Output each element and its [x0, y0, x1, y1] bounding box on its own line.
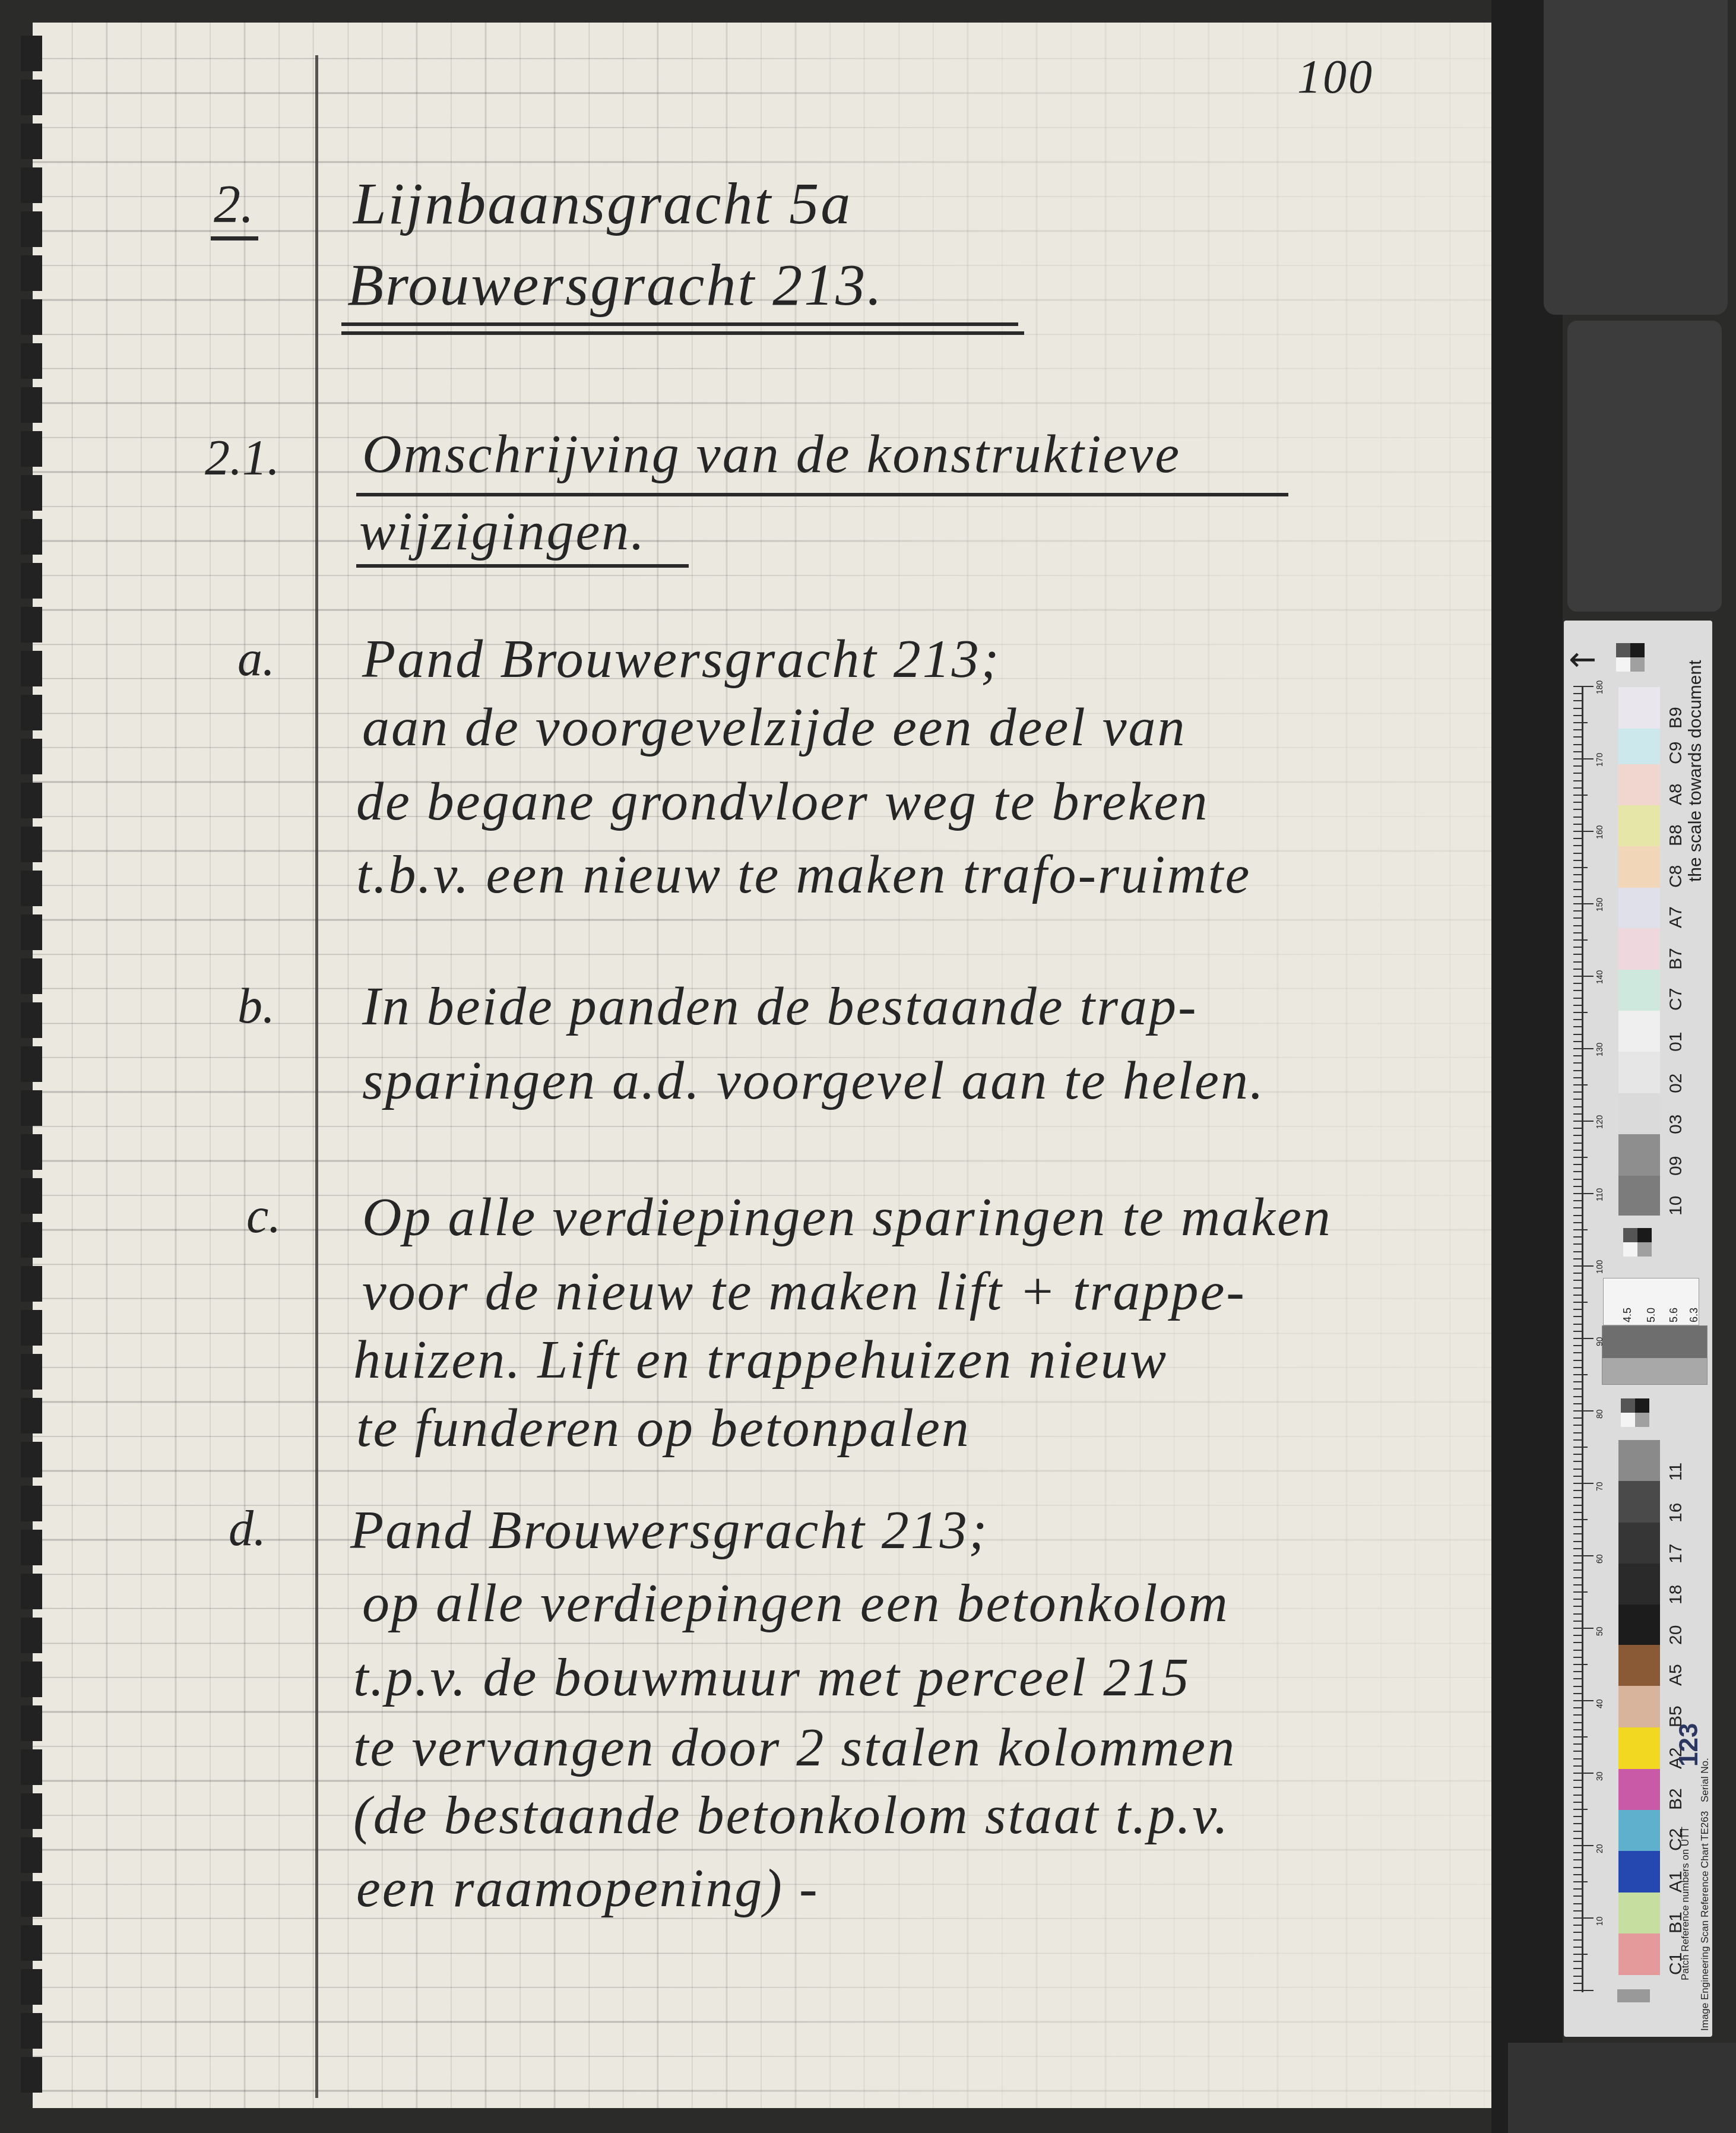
gray-square [1621, 1398, 1635, 1413]
ruler-tick [1573, 1432, 1582, 1433]
subheading-underline [356, 493, 1288, 496]
ruler-tick [1573, 998, 1582, 999]
ruler-tick [1573, 708, 1582, 709]
ruler-tick [1573, 1135, 1582, 1136]
ruler-tick [1573, 1461, 1582, 1462]
ruler-tick [1573, 1562, 1582, 1564]
subheading-line-2: wijzigingen. [359, 504, 646, 558]
patch-reference-note: Patch Reference numbers on UTT [1680, 1827, 1691, 1980]
ruler-tick [1573, 874, 1582, 875]
binding-hole [21, 519, 42, 555]
ruler-tick [1573, 1736, 1588, 1738]
item-c-line: huizen. Lift en trappehuizen nieuw [353, 1332, 1168, 1387]
ruler-tick [1573, 1838, 1582, 1839]
ruler-tick [1573, 809, 1582, 810]
gray-square [1616, 657, 1630, 672]
ruler-tick [1573, 1215, 1582, 1216]
patch-label: 11 [1666, 1457, 1686, 1481]
ruler-label: 10 [1595, 1916, 1604, 1926]
ruler-tick [1573, 1859, 1582, 1860]
ruler-tick [1573, 1939, 1582, 1941]
binding-hole [21, 1793, 42, 1829]
ruler-label: 20 [1595, 1844, 1604, 1853]
chart-maker: Image Engineering Scan Reference Chart T… [1699, 1811, 1711, 2031]
ruler-tick [1573, 1417, 1582, 1419]
ruler-tick [1573, 1591, 1588, 1593]
ruler-tick [1573, 1903, 1582, 1904]
binding-hole [21, 783, 42, 818]
color-patch-01 [1618, 1011, 1660, 1052]
patch-label: A8 [1666, 781, 1686, 805]
item-d-line: t.p.v. de bouwmuur met perceel 215 [353, 1650, 1190, 1704]
ruler-tick [1573, 1650, 1582, 1651]
binding-hole [21, 80, 42, 115]
color-patch-C2 [1618, 1810, 1660, 1851]
ruler-tick [1573, 903, 1594, 904]
ruler-tick [1573, 1273, 1582, 1274]
ruler-tick [1573, 1186, 1582, 1187]
patch-label: B9 [1666, 705, 1686, 729]
ruler-tick [1573, 1150, 1582, 1151]
ruler-tick [1573, 1005, 1582, 1006]
ruler-tick [1573, 1243, 1582, 1245]
heading-line-2: Brouwersgracht 213. [347, 255, 883, 315]
ruler-tick [1573, 700, 1582, 701]
item-d-line: te vervangen door 2 stalen kolommen [353, 1720, 1236, 1774]
ruler-tick [1573, 1331, 1582, 1332]
ruler-tick [1573, 1012, 1588, 1013]
ruler-tick [1573, 802, 1582, 803]
ruler-label: 170 [1595, 753, 1604, 767]
ruler-tick [1573, 954, 1582, 955]
resolution-target: 4.5 5.0 5.6 6.3 [1603, 1278, 1699, 1325]
ruler-label: 150 [1595, 898, 1604, 912]
ruler-tick [1573, 758, 1594, 759]
ruler-tick [1573, 1425, 1582, 1426]
binding-hole [21, 914, 42, 950]
subheading-line-1: Omschrijving van de konstruktieve [362, 426, 1181, 481]
ruler-tick [1573, 1932, 1582, 1933]
ruler-tick [1573, 1628, 1594, 1629]
patch-label: C9 [1666, 740, 1686, 764]
gray-square [1635, 1413, 1649, 1427]
binding-hole [21, 1046, 42, 1082]
binding-hole [21, 1662, 42, 1697]
ruler-tick [1573, 983, 1582, 984]
ruler-tick [1573, 1439, 1582, 1441]
ruler-tick [1573, 780, 1582, 781]
ruler-tick [1573, 1454, 1582, 1455]
ruler-tick [1573, 1722, 1582, 1723]
binding-hole [21, 739, 42, 774]
heading-number: 2. [214, 178, 254, 232]
ruler-tick [1573, 889, 1582, 890]
ruler-tick [1573, 722, 1588, 723]
patch-label: 09 [1666, 1152, 1686, 1176]
patch-label: C8 [1666, 864, 1686, 888]
gray-square [1637, 1242, 1652, 1257]
ruler-tick [1573, 932, 1582, 933]
ruler-tick [1573, 1055, 1582, 1056]
color-patch-A2 [1618, 1727, 1660, 1769]
ruler-tick [1573, 1823, 1582, 1824]
heading-underline [341, 331, 1024, 335]
ruler-label: 60 [1595, 1554, 1604, 1564]
binding-hole [21, 2013, 42, 2049]
ruler-tick [1573, 1490, 1582, 1491]
patch-label: B2 [1666, 1786, 1686, 1810]
binding-hole [21, 1486, 42, 1521]
item-label-c: c. [246, 1191, 281, 1241]
ruler-tick [1573, 773, 1582, 774]
ruler-tick [1573, 1207, 1582, 1208]
ruler-tick [1573, 1106, 1582, 1107]
ruler-tick [1573, 1019, 1582, 1020]
binding-hole [21, 1530, 42, 1565]
ruler-tick [1573, 867, 1588, 868]
ruler-tick [1573, 1280, 1582, 1281]
chart-instruction: the scale towards document [1686, 660, 1706, 882]
ruler-label: 40 [1595, 1699, 1604, 1708]
ruler-label: 120 [1595, 1115, 1604, 1129]
gray-square [1616, 643, 1630, 657]
ruler-tick [1573, 1664, 1588, 1665]
ruler-tick [1573, 853, 1582, 854]
ruler-tick [1573, 1070, 1582, 1071]
ruler-tick [1573, 1287, 1582, 1289]
binder-strip [1491, 0, 1563, 2133]
ruler-tick [1573, 1976, 1582, 1977]
ruler-tick [1573, 961, 1582, 963]
ruler-tick [1573, 845, 1582, 846]
gray-block [1617, 1989, 1650, 2002]
binding-hole [21, 387, 42, 423]
arrow-left-icon: ← [1569, 643, 1596, 676]
patch-label: 02 [1666, 1069, 1686, 1093]
page-number: 100 [1297, 53, 1374, 101]
color-patch-B8 [1618, 805, 1660, 846]
item-a-line: t.b.v. een nieuw te maken trafo-ruimte [356, 847, 1251, 901]
ruler-tick [1573, 1403, 1582, 1404]
ruler-tick [1573, 1947, 1582, 1948]
ruler-tick [1573, 1143, 1582, 1144]
ruler-tick [1573, 1048, 1594, 1049]
ruler-tick [1573, 1388, 1582, 1390]
ruler-tick [1573, 910, 1582, 912]
ruler-tick [1573, 1881, 1588, 1882]
gray-wedge [1602, 1325, 1708, 1385]
ruler-tick [1573, 729, 1582, 730]
resolution-label: 6.3 [1688, 1308, 1700, 1322]
ruler-tick [1573, 1569, 1582, 1571]
heading-underline [341, 322, 1018, 326]
patch-label: 16 [1666, 1499, 1686, 1523]
ruler-tick [1573, 1258, 1582, 1259]
patch-label: 10 [1666, 1192, 1686, 1216]
ruler-tick [1573, 744, 1582, 745]
ruler-tick [1573, 751, 1582, 752]
ruler-tick [1573, 917, 1582, 919]
binding-hole [21, 2057, 42, 2093]
binding-hole [21, 1178, 42, 1214]
binding-hole [21, 1134, 42, 1170]
binding-hole [21, 431, 42, 467]
binding-hole [21, 1222, 42, 1258]
binding-hole [21, 211, 42, 247]
ruler-tick [1573, 1606, 1582, 1607]
ruler-tick [1573, 1091, 1582, 1093]
ruler-tick [1573, 1200, 1582, 1201]
ruler-tick [1573, 1121, 1594, 1122]
ruler-tick [1573, 1555, 1594, 1556]
gray-square [1623, 1228, 1637, 1242]
ruler-tick [1573, 1476, 1582, 1477]
handwritten-page: 100 2. Lijnbaansgracht 5a Brouwersgracht… [33, 23, 1491, 2108]
color-patch-C8 [1618, 846, 1660, 888]
item-d-line: Pand Brouwersgracht 213; [350, 1502, 989, 1557]
ruler-tick [1573, 1251, 1582, 1252]
heading-number-underline [211, 236, 258, 240]
color-patch-A5 [1618, 1645, 1660, 1686]
ruler-tick [1573, 1780, 1582, 1781]
item-a-line: de begane grondvloer weg te breken [356, 774, 1209, 828]
ruler-tick [1573, 1026, 1582, 1027]
binding-hole [21, 1354, 42, 1390]
ruler-tick [1573, 1179, 1582, 1180]
binding-hole [21, 1705, 42, 1741]
ruler-tick [1573, 1302, 1588, 1303]
ruler-tick [1573, 1671, 1582, 1672]
ruler-tick [1573, 1845, 1594, 1846]
ruler-tick [1573, 1338, 1594, 1339]
ruler-tick [1573, 1193, 1594, 1194]
gray-square [1630, 657, 1645, 672]
ruler-tick [1573, 1309, 1582, 1310]
binding-hole [21, 1837, 42, 1873]
binding-hole [21, 1398, 42, 1433]
ruler-label: 80 [1595, 1409, 1604, 1419]
ruler-tick [1573, 736, 1582, 738]
scan-reference-chart: ← the scale towards document 4.5 5.0 5.6… [1564, 621, 1712, 2037]
patch-label: 20 [1666, 1621, 1686, 1645]
ruler-tick [1573, 1700, 1594, 1701]
ruler-tick [1573, 1802, 1582, 1803]
binding-hole [21, 1090, 42, 1126]
ruler-tick [1573, 1367, 1582, 1368]
color-patch-11 [1618, 1440, 1660, 1481]
ruler-tick [1573, 1295, 1582, 1296]
ruler-tick [1573, 795, 1588, 796]
color-patch-C9 [1618, 729, 1660, 764]
ruler-tick [1573, 1099, 1582, 1100]
ruler-tick [1573, 1171, 1582, 1172]
heading-line-1: Lijnbaansgracht 5a [353, 174, 852, 233]
gray-square [1621, 1413, 1635, 1427]
color-patch-B9 [1618, 687, 1660, 729]
binding-hole [21, 255, 42, 291]
ruler-tick [1573, 1852, 1582, 1853]
item-b-line: sparingen a.d. voorgevel aan te helen. [362, 1053, 1265, 1107]
binder-panel [1567, 321, 1722, 612]
ruler-tick [1573, 1113, 1582, 1115]
ruler-label: 50 [1595, 1626, 1604, 1636]
ruler-tick [1573, 1751, 1582, 1752]
patch-label: B7 [1666, 946, 1686, 970]
ruler-tick [1573, 831, 1594, 832]
ruler-tick [1573, 1526, 1582, 1527]
ruler-tick [1573, 824, 1582, 825]
binding-hole [21, 299, 42, 335]
ruler-tick [1573, 1874, 1582, 1875]
ruler-label: 30 [1595, 1771, 1604, 1781]
ruler-tick [1573, 1613, 1582, 1615]
item-d-line: (de bestaande betonkolom staat t.p.v. [353, 1787, 1230, 1842]
ruler-tick [1573, 1831, 1582, 1832]
ruler-tick [1573, 1925, 1582, 1926]
ruler-tick [1573, 1758, 1582, 1759]
ruler-label: 140 [1595, 970, 1604, 984]
patch-label: A5 [1666, 1662, 1686, 1686]
patch-label: 18 [1666, 1581, 1686, 1605]
color-patch-B7 [1618, 928, 1660, 970]
item-b-line: In beide panden de bestaande trap- [362, 979, 1198, 1033]
item-label-d: d. [229, 1504, 266, 1554]
color-patch-B2 [1618, 1769, 1660, 1810]
binding-hole [21, 1574, 42, 1609]
binding-hole [21, 958, 42, 994]
margin-line [315, 55, 318, 2098]
color-patch-03 [1618, 1093, 1660, 1134]
ruler-tick [1573, 1888, 1582, 1890]
binding-hole [21, 651, 42, 686]
ruler-tick [1573, 1729, 1582, 1730]
ruler-tick [1573, 1693, 1582, 1694]
ruler-tick [1573, 1773, 1594, 1774]
color-patch-09 [1618, 1134, 1660, 1176]
ruler-tick [1573, 838, 1582, 839]
ruler-tick [1573, 765, 1582, 767]
ruler-label: 160 [1595, 825, 1604, 839]
ruler-tick [1573, 1533, 1582, 1534]
binding-hole [21, 1442, 42, 1477]
ruler-tick [1573, 1548, 1582, 1549]
ruler-tick [1573, 1895, 1582, 1897]
ruler-tick [1573, 1519, 1588, 1520]
binding-hole [21, 167, 42, 203]
color-patch-C1 [1618, 1933, 1660, 1975]
ruler-tick [1573, 881, 1582, 882]
ruler-tick [1573, 1816, 1582, 1817]
color-patch-17 [1618, 1523, 1660, 1564]
patch-label: 01 [1666, 1028, 1686, 1052]
ruler-label: 180 [1595, 681, 1604, 694]
ruler-tick [1573, 1635, 1582, 1636]
ruler-tick [1573, 1062, 1582, 1064]
gray-square [1623, 1242, 1637, 1257]
ruler-tick [1573, 1983, 1582, 1984]
ruler-tick [1573, 1265, 1594, 1267]
binding-hole [21, 343, 42, 379]
item-label-a: a. [237, 634, 275, 684]
ruler-tick [1573, 817, 1582, 818]
binding-hole [21, 563, 42, 599]
color-patch-18 [1618, 1564, 1660, 1605]
ruler-tick [1573, 1599, 1582, 1600]
ruler-tick [1573, 1787, 1582, 1788]
item-a-line: Pand Brouwersgracht 213; [362, 631, 1000, 686]
ruler-tick [1573, 1968, 1582, 1969]
binding-hole [21, 1310, 42, 1346]
item-d-line: een raamopening) - [356, 1860, 819, 1915]
ruler-tick [1573, 1352, 1582, 1353]
ruler-tick [1573, 715, 1582, 716]
color-patch-02 [1618, 1052, 1660, 1093]
binding-hole [21, 124, 42, 159]
ruler-tick [1573, 1714, 1582, 1716]
ruler-tick [1573, 1642, 1582, 1643]
item-c-line: te funderen op betonpalen [356, 1400, 971, 1455]
subheading-underline [356, 564, 689, 568]
item-d-line: op alle verdiepingen een betonkolom [362, 1575, 1230, 1630]
ruler-tick [1573, 1765, 1582, 1767]
binder-panel [1544, 0, 1728, 315]
ruler-tick [1573, 1707, 1582, 1708]
ruler-tick [1573, 1577, 1582, 1578]
binding-hole [21, 1002, 42, 1038]
binding-hole [21, 475, 42, 511]
ruler-tick [1573, 1678, 1582, 1679]
ruler-label: 130 [1595, 1043, 1604, 1056]
color-patch-C7 [1618, 970, 1660, 1011]
binding-hole [21, 36, 42, 71]
ruler-tick [1573, 1447, 1588, 1448]
ruler-tick [1573, 693, 1582, 694]
ruler-tick [1573, 1867, 1582, 1868]
ruler-tick [1573, 1236, 1582, 1238]
color-patch-A7 [1618, 888, 1660, 928]
ruler-tick [1573, 1410, 1594, 1412]
gray-square [1635, 1398, 1649, 1413]
binding-hole [21, 1749, 42, 1785]
ruler-tick [1573, 686, 1594, 687]
ruler-tick [1573, 1324, 1582, 1325]
ruler-tick [1573, 1743, 1582, 1745]
ruler-tick [1573, 1954, 1588, 1955]
ruler-tick [1573, 1483, 1594, 1484]
resolution-label: 5.0 [1645, 1308, 1658, 1322]
ruler-tick [1573, 1077, 1582, 1078]
ruler-tick [1573, 1497, 1582, 1498]
color-patch-20 [1618, 1605, 1660, 1645]
gray-square [1637, 1228, 1652, 1242]
binding-hole [21, 607, 42, 643]
patch-label: B8 [1666, 822, 1686, 846]
ruler [1582, 686, 1583, 1992]
serial-number: 123 [1674, 1723, 1704, 1767]
ruler-tick [1573, 1345, 1582, 1346]
ruler-tick [1573, 1657, 1582, 1658]
ruler-tick [1573, 1374, 1588, 1375]
item-c-line: Op alle verdiepingen sparingen te maken [362, 1189, 1332, 1244]
ruler-tick [1573, 1961, 1582, 1962]
ruler-tick [1573, 925, 1582, 926]
binding-hole [21, 1925, 42, 1961]
color-patch-10 [1618, 1176, 1660, 1216]
ruler-tick [1573, 1164, 1582, 1165]
ruler-label: 90 [1595, 1337, 1604, 1346]
ruler-tick [1573, 1917, 1594, 1919]
binding-hole [21, 827, 42, 862]
